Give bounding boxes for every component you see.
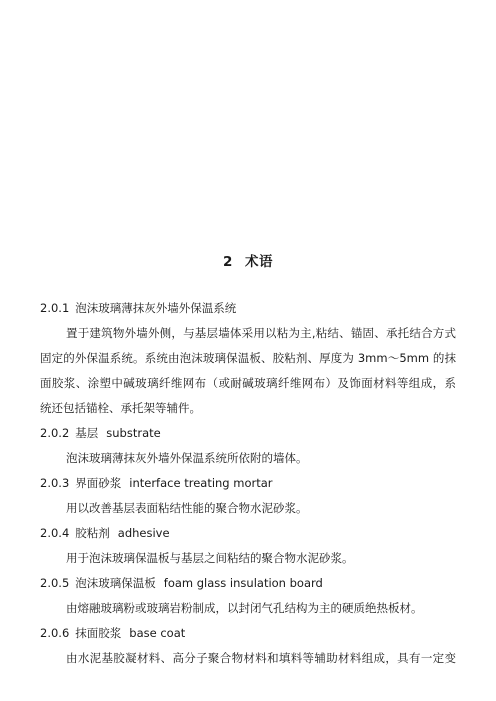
- term-definition-line: 面胶浆、涂塑中碱玻璃纤维网布（或耐碱玻璃纤维网布）及饰面材料等组成，系: [40, 375, 456, 391]
- chapter-number: 2: [223, 254, 233, 270]
- term-definition-line: 泡沫玻璃薄抹灰外墙外保温系统所依附的墙体。: [66, 450, 458, 466]
- chapter-title-text: 术语: [245, 254, 273, 270]
- term-definition-line: 由水泥基胶凝材料、高分子聚合物材料和填料等辅助材料组成，具有一定变: [66, 650, 456, 666]
- term-en: substrate: [106, 426, 160, 440]
- term-en: base coat: [129, 626, 185, 640]
- term-zh: 胶粘剂: [75, 526, 110, 540]
- term-heading: 2.0.1泡沫玻璃薄抹灰外墙外保温系统: [40, 300, 460, 316]
- term-heading: 2.0.2基层substrate: [40, 425, 460, 441]
- term-zh: 泡沫玻璃保温板: [75, 576, 156, 590]
- term-zh: 抹面胶浆: [75, 626, 121, 640]
- term-heading: 2.0.5泡沫玻璃保温板foam glass insulation board: [40, 575, 460, 591]
- term-en: interface treating mortar: [129, 476, 272, 490]
- term-number: 2.0.6: [40, 626, 69, 640]
- chapter-title: 2术语: [0, 250, 496, 270]
- term-definition-line: 统还包括锚栓、承托架等辅件。: [40, 400, 460, 416]
- term-number: 2.0.4: [40, 526, 69, 540]
- term-number: 2.0.1: [40, 301, 69, 315]
- term-heading: 2.0.4胶粘剂adhesive: [40, 525, 460, 541]
- term-number: 2.0.2: [40, 426, 69, 440]
- term-definition-line: 由熔融玻璃粉或玻璃岩粉制成，以封闭气孔结构为主的硬质绝热板材。: [66, 600, 458, 616]
- term-heading: 2.0.6抹面胶浆base coat: [40, 625, 460, 641]
- term-zh: 泡沫玻璃薄抹灰外墙外保温系统: [75, 301, 236, 315]
- term-definition-line: 固定的外保温系统。系统由泡沫玻璃保温板、胶粘剂、厚度为 3mm～5mm 的抹: [40, 350, 456, 366]
- term-en: foam glass insulation board: [164, 576, 323, 590]
- term-definition-line: 置于建筑物外墙外侧，与基层墙体采用以粘为主,粘结、锚固、承托结合方式: [66, 325, 456, 341]
- term-zh: 基层: [75, 426, 98, 440]
- term-number: 2.0.5: [40, 576, 69, 590]
- term-en: adhesive: [118, 526, 170, 540]
- term-definition-line: 用以改善基层表面粘结性能的聚合物水泥砂浆。: [66, 500, 458, 516]
- term-definition-line: 用于泡沫玻璃保温板与基层之间粘结的聚合物水泥砂浆。: [66, 550, 458, 566]
- term-heading: 2.0.3界面砂浆interface treating mortar: [40, 475, 460, 491]
- term-number: 2.0.3: [40, 476, 69, 490]
- term-zh: 界面砂浆: [75, 476, 121, 490]
